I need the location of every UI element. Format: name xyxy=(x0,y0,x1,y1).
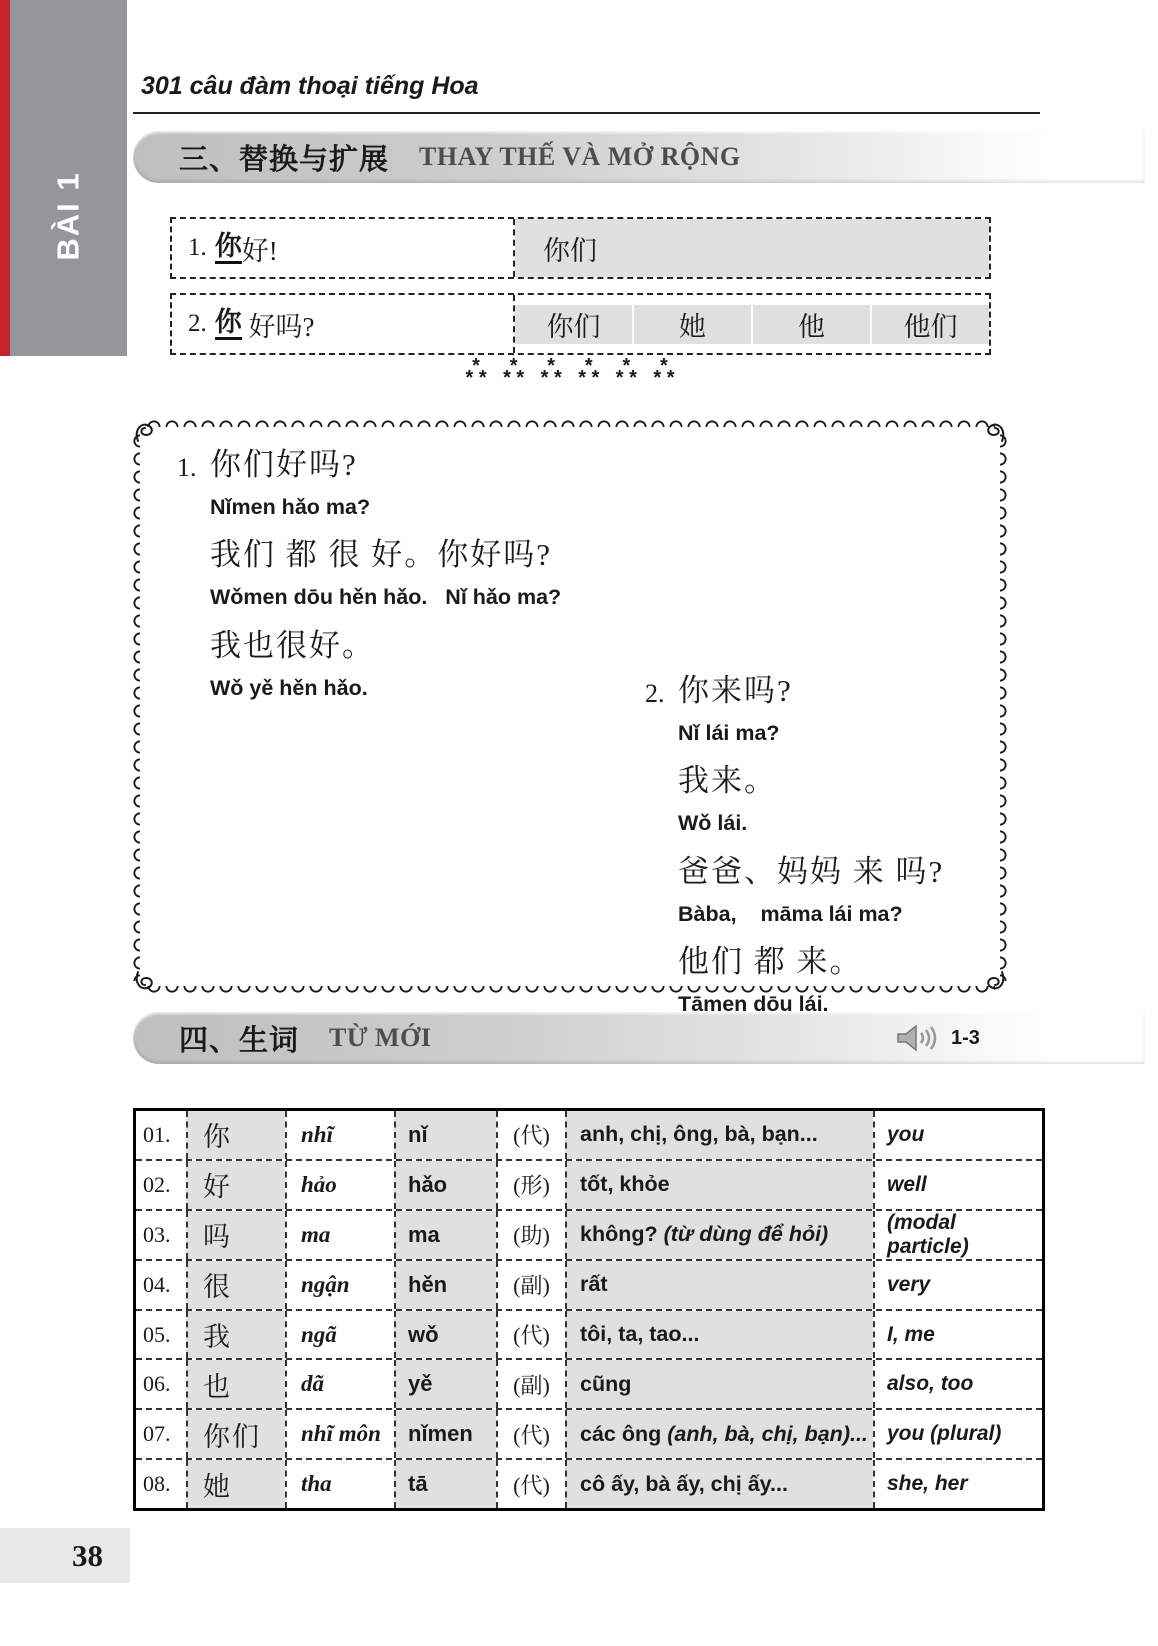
vocab-row: 06. 也 dã yě (副) cũng also, too xyxy=(136,1358,1042,1408)
corner-flourish-icon xyxy=(135,969,161,995)
asterism-icon: ** * xyxy=(616,360,637,384)
page-number: 38 xyxy=(72,1538,103,1574)
chinese-line: 我来。 xyxy=(678,762,944,801)
vocab-number: 04. xyxy=(136,1261,186,1309)
vocab-hanviet: ma xyxy=(285,1211,394,1259)
vocab-number: 01. xyxy=(136,1111,186,1159)
pattern-text: 好! xyxy=(242,229,278,268)
vocab-hanviet: nhĩ xyxy=(285,1111,394,1159)
vocab-vietnamese: anh, chị, ông, bà, bạn... xyxy=(565,1111,873,1159)
vocab-vietnamese: tốt, khỏe xyxy=(565,1161,873,1209)
asterism-icon: ** * xyxy=(541,360,562,384)
option: 你们 xyxy=(515,305,632,344)
pinyin-line: Bàba, māma lái ma? xyxy=(678,903,944,927)
option: 她 xyxy=(634,305,751,344)
vocab-hanviet: tha xyxy=(285,1460,394,1508)
textbook-page: BÀI 1 301 câu đàm thoại tiếng Hoa 三、替换与扩… xyxy=(0,0,1158,1646)
vocab-hanzi: 吗 xyxy=(186,1211,285,1259)
vocab-english: she, her xyxy=(873,1460,1042,1508)
wavy-border-left xyxy=(133,432,140,981)
vocab-pinyin: wǒ xyxy=(394,1311,496,1359)
dialogue-number: 1. xyxy=(177,446,210,483)
section4-title-cn: 四、生词 xyxy=(179,1018,299,1059)
vocab-pinyin: hǎo xyxy=(394,1161,496,1209)
vocab-hanzi: 你 xyxy=(186,1111,285,1159)
chinese-line: 我们 都 很 好。你好吗? xyxy=(210,536,561,575)
dialogue-line: 1. 你们好吗? xyxy=(177,446,561,485)
vocab-hanzi: 很 xyxy=(186,1261,285,1309)
vocab-hanviet: hảo xyxy=(285,1161,394,1209)
substitution-row-1: 1. 你 好! 你们 xyxy=(170,217,991,279)
vocab-pos: (形) xyxy=(496,1161,565,1209)
vocab-number: 07. xyxy=(136,1410,186,1458)
vocab-hanviet: ngã xyxy=(285,1311,394,1359)
page-number-box: 38 xyxy=(0,1528,130,1583)
vocab-vietnamese: tôi, ta, tao... xyxy=(565,1311,873,1359)
vocab-number: 03. xyxy=(136,1211,186,1259)
substitution-target: 你 xyxy=(215,232,242,263)
chinese-line: 我也很好。 xyxy=(210,627,561,666)
substitution-options-1: 你们 xyxy=(515,219,989,277)
dialogue-box: 1. 你们好吗? Nǐmen hǎo ma? 我们 都 很 好。你好吗? Wǒm… xyxy=(133,420,1007,993)
speaker-icon xyxy=(896,1022,942,1054)
vocab-pinyin: yě xyxy=(394,1360,496,1408)
vocab-row: 07. 你们 nhĩ môn nǐmen (代) các ông (anh, b… xyxy=(136,1408,1042,1458)
substitution-target: 你 xyxy=(215,308,242,339)
audio-track-label: 1-3 xyxy=(951,1027,980,1050)
pinyin-line: Wǒ yě hěn hǎo. xyxy=(210,677,561,701)
chinese-line: 爸爸、妈妈 来 吗? xyxy=(678,853,944,892)
vocab-hanviet: nhĩ môn xyxy=(285,1410,394,1458)
lesson-tab: BÀI 1 xyxy=(10,0,127,356)
section4-title-vi: TỪ MỚI xyxy=(329,1023,431,1053)
vocab-hanzi: 好 xyxy=(186,1161,285,1209)
vocab-number: 05. xyxy=(136,1311,186,1359)
vocab-pos: (代) xyxy=(496,1410,565,1458)
substitution-pattern-2: 2. 你 好吗? xyxy=(172,295,515,353)
vocab-pinyin: hěn xyxy=(394,1261,496,1309)
corner-flourish-icon xyxy=(135,418,161,444)
lesson-tab-label: BÀI 1 xyxy=(51,171,87,260)
header-rule xyxy=(133,112,1040,114)
option: 他 xyxy=(753,305,870,344)
vocab-hanviet: dã xyxy=(285,1360,394,1408)
vocab-row: 08. 她 tha tā (代) cô ấy, bà ấy, chị ấy...… xyxy=(136,1458,1042,1508)
dialogue-number: 2. xyxy=(645,672,678,709)
vocab-hanzi: 她 xyxy=(186,1460,285,1508)
vocab-number: 02. xyxy=(136,1161,186,1209)
dialogue-block-2: 2. 你来吗? Nǐ lái ma? 我来。 Wǒ lái. 爸爸、妈妈 来 吗… xyxy=(645,672,944,1017)
vocab-row: 02. 好 hảo hǎo (形) tốt, khỏe well xyxy=(136,1159,1042,1209)
pinyin-line: Wǒmen dōu hěn hǎo. Nǐ hǎo ma? xyxy=(210,586,561,610)
vocab-pos: (代) xyxy=(496,1111,565,1159)
vocab-english: also, too xyxy=(873,1360,1042,1408)
vocab-english: very xyxy=(873,1261,1042,1309)
section-separator: ** * ** * ** * ** * ** * ** * xyxy=(133,360,1007,384)
corner-flourish-icon xyxy=(979,418,1005,444)
pattern-text: 好吗? xyxy=(242,305,315,344)
vocab-english: I, me xyxy=(873,1311,1042,1359)
section3-title-cn: 三、替换与扩展 xyxy=(179,137,389,178)
asterism-icon: ** * xyxy=(465,360,486,384)
item-number: 1. xyxy=(188,234,207,262)
wavy-border-right xyxy=(1000,432,1007,981)
vocab-pinyin: tā xyxy=(394,1460,496,1508)
pinyin-line: Nǐmen hǎo ma? xyxy=(210,496,561,520)
pinyin-line: Nǐ lái ma? xyxy=(678,722,944,746)
vocab-pos: (副) xyxy=(496,1360,565,1408)
dialogue-line: 2. 你来吗? xyxy=(645,672,944,711)
vocab-vietnamese: các ông (anh, bà, chị, bạn)... xyxy=(565,1410,873,1458)
section4-header: 四、生词 TỪ MỚI xyxy=(133,1012,1145,1064)
chinese-line: 你们好吗? xyxy=(210,446,358,485)
option: 他们 xyxy=(872,305,989,344)
vocab-vietnamese: rất xyxy=(565,1261,873,1309)
vocab-hanviet: ngận xyxy=(285,1261,394,1309)
vocab-hanzi: 我 xyxy=(186,1311,285,1359)
asterism-icon: ** * xyxy=(653,360,674,384)
vocab-pos: (副) xyxy=(496,1261,565,1309)
section3-title-vi: THAY THẾ VÀ MỞ RỘNG xyxy=(419,142,741,172)
vocab-hanzi: 你们 xyxy=(186,1410,285,1458)
vocab-number: 06. xyxy=(136,1360,186,1408)
vocab-vietnamese: cô ấy, bà ấy, chị ấy... xyxy=(565,1460,873,1508)
vocab-english: (modal particle) xyxy=(873,1211,1042,1259)
item-number: 2. xyxy=(188,310,207,338)
chinese-line: 他们 都 来。 xyxy=(678,943,944,982)
vocab-pinyin: ma xyxy=(394,1211,496,1259)
vocab-english: you xyxy=(873,1111,1042,1159)
substitution-row-2: 2. 你 好吗? 你们 她 他 他们 xyxy=(170,293,991,355)
vocab-hanzi: 也 xyxy=(186,1360,285,1408)
chinese-line: 你来吗? xyxy=(678,672,793,711)
red-edge-strip xyxy=(0,0,10,356)
pinyin-line: Wǒ lái. xyxy=(678,812,944,836)
vocab-english: well xyxy=(873,1161,1042,1209)
vocab-vietnamese: không? (từ dùng để hỏi) xyxy=(565,1211,873,1259)
wavy-border-top xyxy=(145,420,995,427)
corner-flourish-icon xyxy=(979,969,1005,995)
vocab-row: 04. 很 ngận hěn (副) rất very xyxy=(136,1259,1042,1309)
asterism-icon: ** * xyxy=(578,360,599,384)
vocab-vietnamese: cũng xyxy=(565,1360,873,1408)
dialogue-block-1: 1. 你们好吗? Nǐmen hǎo ma? 我们 都 很 好。你好吗? Wǒm… xyxy=(177,446,561,700)
audio-indicator: 1-3 xyxy=(896,1022,980,1054)
section3-header: 三、替换与扩展 THAY THẾ VÀ MỞ RỘNG xyxy=(133,131,1145,183)
vocab-row: 05. 我 ngã wǒ (代) tôi, ta, tao... I, me xyxy=(136,1309,1042,1359)
vocab-english: you (plural) xyxy=(873,1410,1042,1458)
substitution-pattern-1: 1. 你 好! xyxy=(172,219,515,277)
vocab-pinyin: nǐ xyxy=(394,1111,496,1159)
vocab-pinyin: nǐmen xyxy=(394,1410,496,1458)
vocab-table: 01. 你 nhĩ nǐ (代) anh, chị, ông, bà, bạn.… xyxy=(133,1108,1045,1511)
vocab-pos: (助) xyxy=(496,1211,565,1259)
vocab-pos: (代) xyxy=(496,1311,565,1359)
substitution-options-2: 你们 她 他 他们 xyxy=(515,295,989,353)
vocab-row: 03. 吗 ma ma (助) không? (từ dùng để hỏi) … xyxy=(136,1209,1042,1259)
vocab-pos: (代) xyxy=(496,1460,565,1508)
vocab-number: 08. xyxy=(136,1460,186,1508)
asterism-icon: ** * xyxy=(503,360,524,384)
book-title: 301 câu đàm thoại tiếng Hoa xyxy=(141,72,479,101)
option: 你们 xyxy=(515,229,597,268)
vocab-row: 01. 你 nhĩ nǐ (代) anh, chị, ông, bà, bạn.… xyxy=(136,1111,1042,1159)
